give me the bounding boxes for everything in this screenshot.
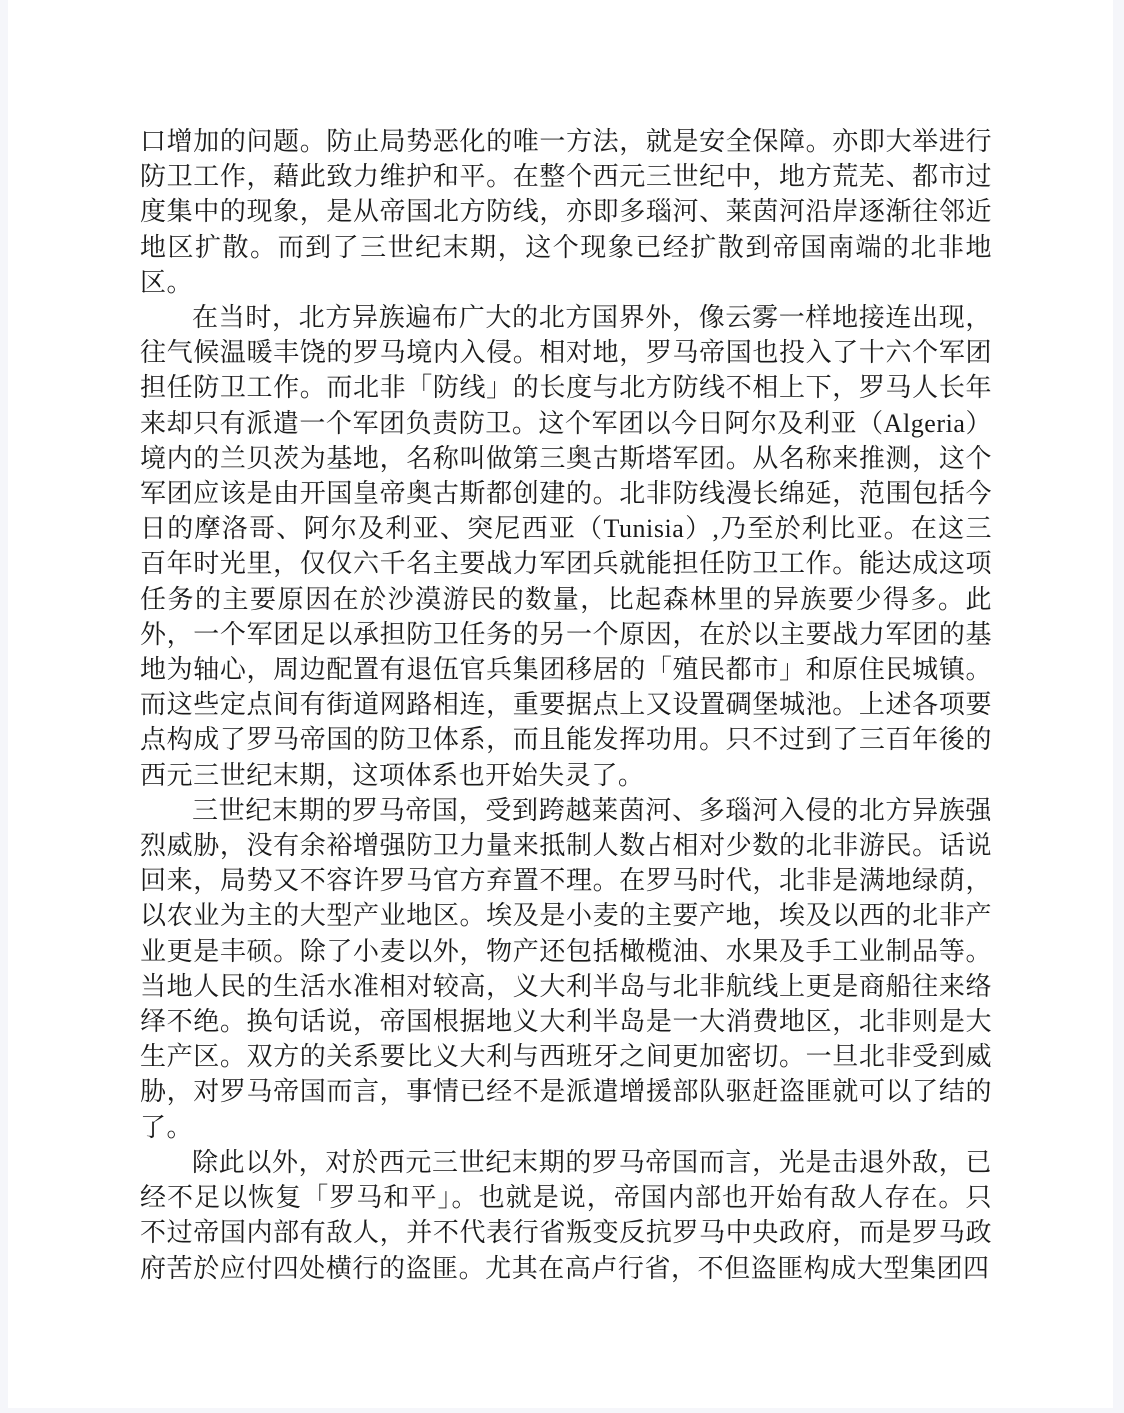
paragraph: 三世纪末期的罗马帝国，受到跨越莱茵河、多瑙河入侵的北方异族强烈威胁，没有余裕增强… <box>140 793 992 1145</box>
text-block: 口增加的问题。防止局势恶化的唯一方法，就是安全保障。亦即大举进行防卫工作，藉此致… <box>140 124 992 1286</box>
paragraph: 除此以外，对於西元三世纪末期的罗马帝国而言，光是击退外敌，已经不足以恢复「罗马和… <box>140 1145 992 1286</box>
page: 口增加的问题。防止局势恶化的唯一方法，就是安全保障。亦即大举进行防卫工作，藉此致… <box>8 0 1113 1408</box>
document-viewer: 口增加的问题。防止局势恶化的唯一方法，就是安全保障。亦即大举进行防卫工作，藉此致… <box>0 0 1124 1413</box>
paragraph: 口增加的问题。防止局势恶化的唯一方法，就是安全保障。亦即大举进行防卫工作，藉此致… <box>140 124 992 300</box>
paragraph: 在当时，北方异族遍布广大的北方国界外，像云雾一样地接连出现，往气候温暖丰饶的罗马… <box>140 300 992 793</box>
